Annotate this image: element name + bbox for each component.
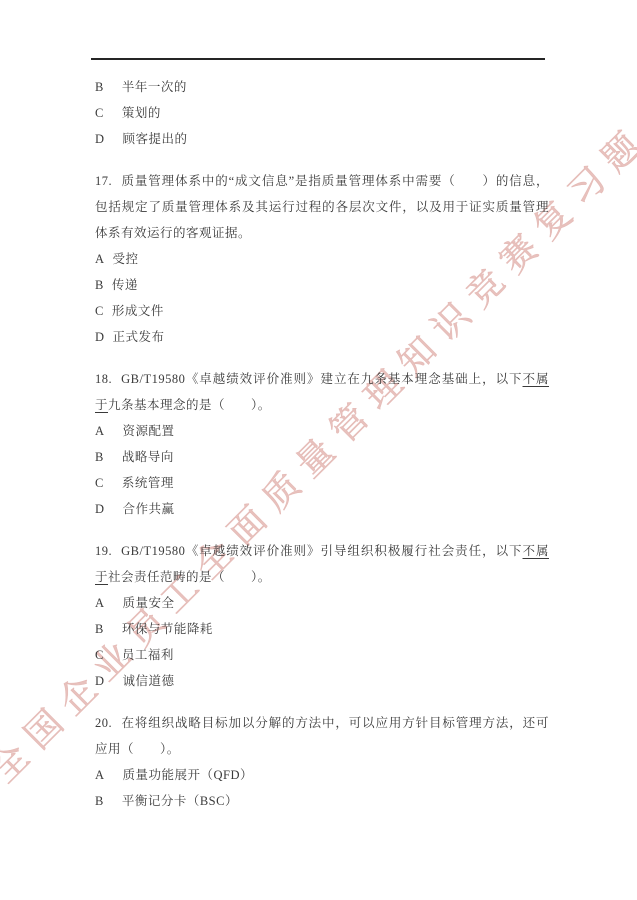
options-list: A资源配置B战略导向C系统管理D合作共赢 (95, 418, 549, 522)
option-text: 平衡记分卡（BSC） (122, 788, 238, 814)
option-row: B平衡记分卡（BSC） (95, 788, 549, 814)
option-text: 顾客提出的 (123, 126, 188, 152)
option-letter: C (95, 642, 104, 668)
option-letter: A (95, 762, 105, 788)
option-text: 受控 (113, 246, 139, 272)
question-block: 17.质量管理体系中的“成文信息”是指质量管理体系中需要（ ）的信息，包括规定了… (95, 168, 549, 350)
question-block: 19.GB/T19580《卓越绩效评价准则》引导组织积极履行社会责任，以下不属于… (95, 538, 549, 694)
question-number: 19. (95, 544, 112, 558)
document-page: 全国企业员工全面质量管理知识竞赛复习题 B半年一次的C策划的D顾客提出的 17.… (0, 0, 637, 900)
option-letter: C (95, 470, 104, 496)
option-text: 半年一次的 (122, 74, 187, 100)
question-stem: 17.质量管理体系中的“成文信息”是指质量管理体系中需要（ ）的信息，包括规定了… (95, 168, 549, 246)
option-text: 员工福利 (122, 642, 174, 668)
stem-segment: 质量管理体系中的“成文信息”是指质量管理体系中需要（ ）的信息，包括规定了质量管… (95, 174, 549, 240)
option-letter: D (95, 324, 105, 350)
option-row: B传递 (95, 272, 549, 298)
option-letter: D (95, 668, 105, 694)
options-list: A质量功能展开（QFD）B平衡记分卡（BSC） (95, 762, 549, 814)
questions-list: 17.质量管理体系中的“成文信息”是指质量管理体系中需要（ ）的信息，包括规定了… (95, 168, 549, 814)
option-row: A质量功能展开（QFD） (95, 762, 549, 788)
stem-segment: GB/T19580《卓越绩效评价准则》引导组织积极履行社会责任，以下 (121, 544, 522, 558)
stem-segment: 社会责任范畴的是（ ）。 (108, 570, 271, 584)
option-letter: D (95, 126, 105, 152)
option-row: D顾客提出的 (95, 126, 549, 152)
option-letter: C (95, 298, 104, 324)
options-list: A质量安全B环保与节能降耗C员工福利D诚信道德 (95, 590, 549, 694)
option-row: C系统管理 (95, 470, 549, 496)
question-stem: 20.在将组织战略目标加以分解的方法中，可以应用方针目标管理方法，还可应用（ ）… (95, 710, 549, 762)
option-text: 策划的 (122, 100, 161, 126)
option-text: 诚信道德 (123, 668, 175, 694)
question-stem: 19.GB/T19580《卓越绩效评价准则》引导组织积极履行社会责任，以下不属于… (95, 538, 549, 590)
stem-segment: 九条基本理念的是（ ）。 (108, 398, 271, 412)
option-letter: A (95, 418, 105, 444)
content-area: B半年一次的C策划的D顾客提出的 17.质量管理体系中的“成文信息”是指质量管理… (95, 74, 549, 814)
option-text: 环保与节能降耗 (122, 616, 213, 642)
stem-segment: 在将组织战略目标加以分解的方法中，可以应用方针目标管理方法，还可应用（ ）。 (95, 716, 549, 756)
option-row: D诚信道德 (95, 668, 549, 694)
option-row: C形成文件 (95, 298, 549, 324)
option-text: 传递 (112, 272, 138, 298)
option-letter: B (95, 74, 104, 100)
option-row: B环保与节能降耗 (95, 616, 549, 642)
option-letter: C (95, 100, 104, 126)
option-text: 质量安全 (123, 590, 175, 616)
option-letter: A (95, 590, 105, 616)
option-row: A质量安全 (95, 590, 549, 616)
option-row: B战略导向 (95, 444, 549, 470)
stem-segment: GB/T19580《卓越绩效评价准则》建立在九条基本理念基础上，以下 (121, 372, 522, 386)
carryover-options-list: B半年一次的C策划的D顾客提出的 (95, 74, 549, 152)
option-letter: B (95, 272, 104, 298)
option-text: 正式发布 (113, 324, 165, 350)
question-number: 20. (95, 716, 112, 730)
question-block: 20.在将组织战略目标加以分解的方法中，可以应用方针目标管理方法，还可应用（ ）… (95, 710, 549, 814)
option-letter: B (95, 788, 104, 814)
option-row: C策划的 (95, 100, 549, 126)
options-list: A受控B传递C形成文件D正式发布 (95, 246, 549, 350)
option-row: A资源配置 (95, 418, 549, 444)
option-letter: B (95, 444, 104, 470)
option-text: 系统管理 (122, 470, 174, 496)
option-letter: D (95, 496, 105, 522)
option-text: 形成文件 (112, 298, 164, 324)
option-text: 质量功能展开（QFD） (123, 762, 254, 788)
option-text: 合作共赢 (123, 496, 175, 522)
option-letter: B (95, 616, 104, 642)
option-row: A受控 (95, 246, 549, 272)
option-text: 资源配置 (123, 418, 175, 444)
option-row: C员工福利 (95, 642, 549, 668)
option-row: D正式发布 (95, 324, 549, 350)
option-row: B半年一次的 (95, 74, 549, 100)
question-number: 18. (95, 372, 112, 386)
option-letter: A (95, 246, 105, 272)
question-stem: 18.GB/T19580《卓越绩效评价准则》建立在九条基本理念基础上，以下不属于… (95, 366, 549, 418)
option-row: D合作共赢 (95, 496, 549, 522)
question-number: 17. (95, 174, 112, 188)
header-rule (91, 58, 545, 60)
question-block: 18.GB/T19580《卓越绩效评价准则》建立在九条基本理念基础上，以下不属于… (95, 366, 549, 522)
option-text: 战略导向 (122, 444, 174, 470)
